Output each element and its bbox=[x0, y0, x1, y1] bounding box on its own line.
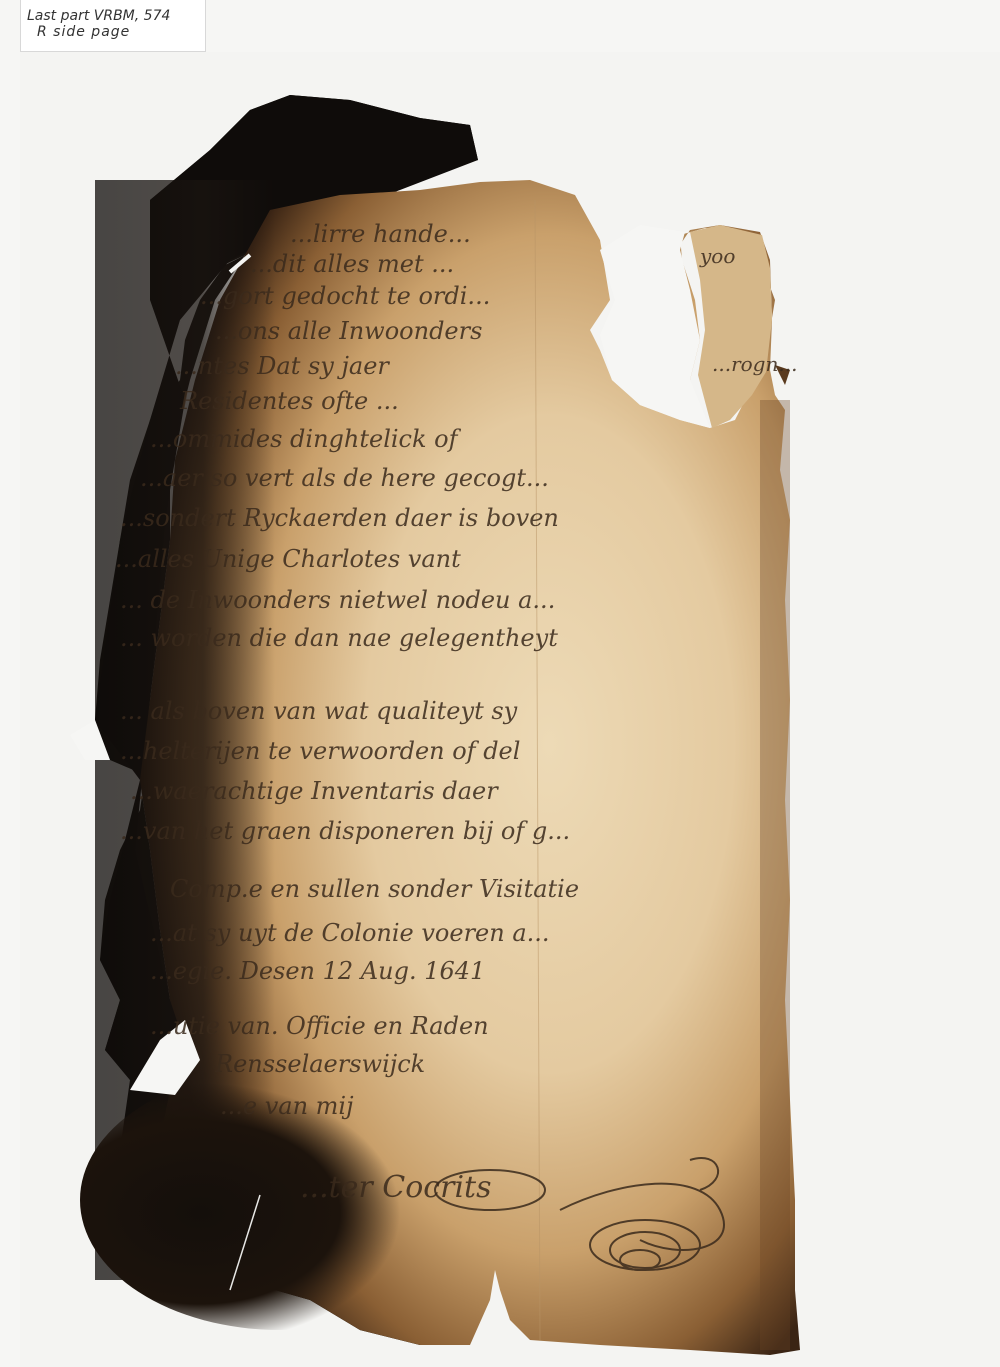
text-line: ...helterijen te verwoorden of del bbox=[120, 737, 520, 765]
text-line: yoo bbox=[700, 244, 735, 268]
text-line: ...at sy uyt de Colonie voeren a... bbox=[150, 919, 550, 947]
text-line: ...ntes Dat sy jaer bbox=[175, 352, 389, 380]
text-line: ...van het graen disponeren bij of g... bbox=[120, 817, 570, 845]
text-line: ...utie van. Officie en Raden bbox=[150, 1012, 489, 1040]
text-line: ...alles Unige Charlotes vant bbox=[115, 545, 461, 573]
text-line: ...waerachtige Inventaris daer bbox=[130, 777, 498, 805]
text-line: ...lirre hande... bbox=[290, 220, 471, 248]
text-line: ... worden die dan nae gelegentheyt bbox=[120, 624, 558, 652]
manuscript-text: ...lirre hande... ...dit alles met ... y… bbox=[0, 0, 1000, 1367]
signature: ...ter Cocrits bbox=[300, 1170, 492, 1205]
text-line-date: ...egie. Desen 12 Aug. 1641 bbox=[150, 957, 485, 985]
text-line: ...dit alles met ... bbox=[250, 250, 454, 278]
text-line: ...ommides dinghtelick of bbox=[150, 425, 458, 453]
text-line: ...rogn... bbox=[712, 352, 797, 376]
text-line: ...sondert Ryckaerden daer is boven bbox=[120, 504, 559, 532]
text-line: ...ons alle Inwoonders bbox=[215, 317, 482, 345]
text-line: ...aer so vert als de here gecogt... bbox=[140, 464, 549, 492]
text-line: ... de Inwoonders nietwel nodeu a... bbox=[120, 586, 555, 614]
text-line: ... als boven van wat qualiteyt sy bbox=[120, 697, 517, 725]
text-line: Residentes ofte ... bbox=[180, 387, 399, 415]
text-line: ...gort gedocht te ordi... bbox=[200, 282, 490, 310]
text-line: ...e van mij bbox=[220, 1092, 354, 1120]
text-line: Rensselaerswijck bbox=[215, 1050, 425, 1078]
text-line: Comp.e en sullen sonder Visitatie bbox=[170, 875, 579, 903]
